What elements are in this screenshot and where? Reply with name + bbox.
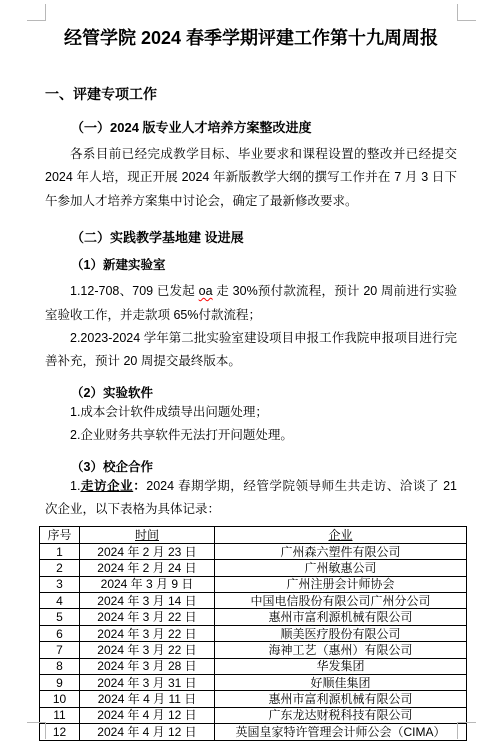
cell-company: 广东龙达财税科技有限公司 [215, 707, 467, 723]
table-row: 9 2024 年 3 月 31 日 好顺佳集团 [40, 674, 467, 690]
cell-date: 2024 年 2 月 24 日 [80, 560, 215, 576]
cell-date: 2024 年 3 月 28 日 [80, 658, 215, 674]
doc-title: 经管学院 2024 春季学期评建工作第十九周周报 [45, 25, 457, 51]
item-heading-new-lab: （1）新建实验室 [45, 257, 457, 273]
cell-company: 中国电信股份有限公司广州分公司 [215, 593, 467, 609]
subsection-heading-1-1: （一）2024 版专业人才培养方案整改进度 [45, 119, 457, 136]
table-row: 4 2024 年 3 月 14 日 中国电信股份有限公司广州分公司 [40, 593, 467, 609]
cell-company: 广州敏惠公司 [215, 560, 467, 576]
cell-company: 惠州市富利源机械有限公司 [215, 609, 467, 625]
document-page: 经管学院 2024 春季学期评建工作第十九周周报 一、评建专项工作 （一）202… [0, 25, 502, 741]
cell-company: 华发集团 [215, 658, 467, 674]
paragraph-lab-point-2: 2.2023-2024 学年第二批实验室建设项目申报工作我院申报项目进行完善补充… [45, 327, 457, 374]
subsection-heading-1-2: （二）实践教学基地建 设进展 [45, 229, 457, 246]
cell-date: 2024 年 3 月 31 日 [80, 674, 215, 690]
cell-index: 10 [40, 691, 80, 707]
cell-index: 2 [40, 560, 80, 576]
visit-table: 序号 时间 企业 1 2024 年 2 月 23 日 广州森六塑件有限公司 2 … [39, 526, 467, 740]
crop-mark-top-right [457, 4, 476, 21]
table-row: 2 2024 年 2 月 24 日 广州敏惠公司 [40, 560, 467, 576]
table-row: 3 2024 年 3 月 9 日 广州注册会计师协会 [40, 576, 467, 592]
visit-number: 1. [70, 479, 80, 493]
visit-label: 走访企业 [80, 479, 133, 493]
cell-index: 9 [40, 674, 80, 690]
table-row: 7 2024 年 3 月 22 日 海神工艺（惠州）有限公司 [40, 642, 467, 658]
col-header-index: 序号 [40, 527, 80, 543]
visit-colon: ： [133, 479, 146, 493]
paragraph-software-point-2: 2.企业财务共享软件无法打开问题处理。 [45, 424, 457, 447]
cell-index: 5 [40, 609, 80, 625]
table-row: 10 2024 年 4 月 11 日 惠州市富利源机械有限公司 [40, 691, 467, 707]
table-row: 6 2024 年 3 月 22 日 顺美医疗股份有限公司 [40, 625, 467, 641]
col-header-company: 企业 [215, 527, 467, 543]
item-heading-school-enterprise: （3）校企合作 [45, 459, 457, 475]
cell-index: 3 [40, 576, 80, 592]
paragraph-lab-point-1: 1.12-708、709 已发起 oa 走 30%预付款流程，预计 20 周前进… [45, 280, 457, 327]
lab-point-1-pre: 1.12-708、709 已发起 [70, 284, 199, 298]
cell-company: 顺美医疗股份有限公司 [215, 625, 467, 641]
cell-company: 广州森六塑件有限公司 [215, 543, 467, 559]
cell-index: 6 [40, 625, 80, 641]
cell-index: 8 [40, 658, 80, 674]
cell-date: 2024 年 3 月 9 日 [80, 576, 215, 592]
cell-date: 2024 年 3 月 22 日 [80, 642, 215, 658]
page-number: 1 [0, 728, 502, 740]
paragraph-company-visits: 1.走访企业：2024 春期学期，经管学院领导师生共走访、洽谈了 21 次企业，… [45, 475, 457, 522]
cell-date: 2024 年 4 月 12 日 [80, 707, 215, 723]
cell-index: 7 [40, 642, 80, 658]
cell-date: 2024 年 3 月 14 日 [80, 593, 215, 609]
misspelled-word: oa [199, 284, 213, 298]
cell-date: 2024 年 3 月 22 日 [80, 625, 215, 641]
col-header-date: 时间 [80, 527, 215, 543]
cell-date: 2024 年 3 月 22 日 [80, 609, 215, 625]
table-row: 1 2024 年 2 月 23 日 广州森六塑件有限公司 [40, 543, 467, 559]
cell-company: 广州注册会计师协会 [215, 576, 467, 592]
table-row: 11 2024 年 4 月 12 日 广东龙达财税科技有限公司 [40, 707, 467, 723]
section-heading-1: 一、评建专项工作 [45, 85, 457, 103]
cell-index: 1 [40, 543, 80, 559]
cell-company: 好顺佳集团 [215, 674, 467, 690]
cell-company: 海神工艺（惠州）有限公司 [215, 642, 467, 658]
table-row: 5 2024 年 3 月 22 日 惠州市富利源机械有限公司 [40, 609, 467, 625]
item-heading-lab-software: （2）实验软件 [45, 385, 457, 401]
cell-date: 2024 年 4 月 11 日 [80, 691, 215, 707]
cell-index: 4 [40, 593, 80, 609]
crop-mark-top-left [27, 4, 46, 21]
table-row: 8 2024 年 3 月 28 日 华发集团 [40, 658, 467, 674]
table-header-row: 序号 时间 企业 [40, 527, 467, 543]
cell-company: 惠州市富利源机械有限公司 [215, 691, 467, 707]
cell-date: 2024 年 2 月 23 日 [80, 543, 215, 559]
paragraph-talent-plan: 各系目前已经完成教学目标、毕业要求和课程设置的整改并已经提交 2024 年人培，… [45, 143, 457, 213]
paragraph-software-point-1: 1.成本会计软件成绩导出问题处理； [45, 401, 457, 424]
